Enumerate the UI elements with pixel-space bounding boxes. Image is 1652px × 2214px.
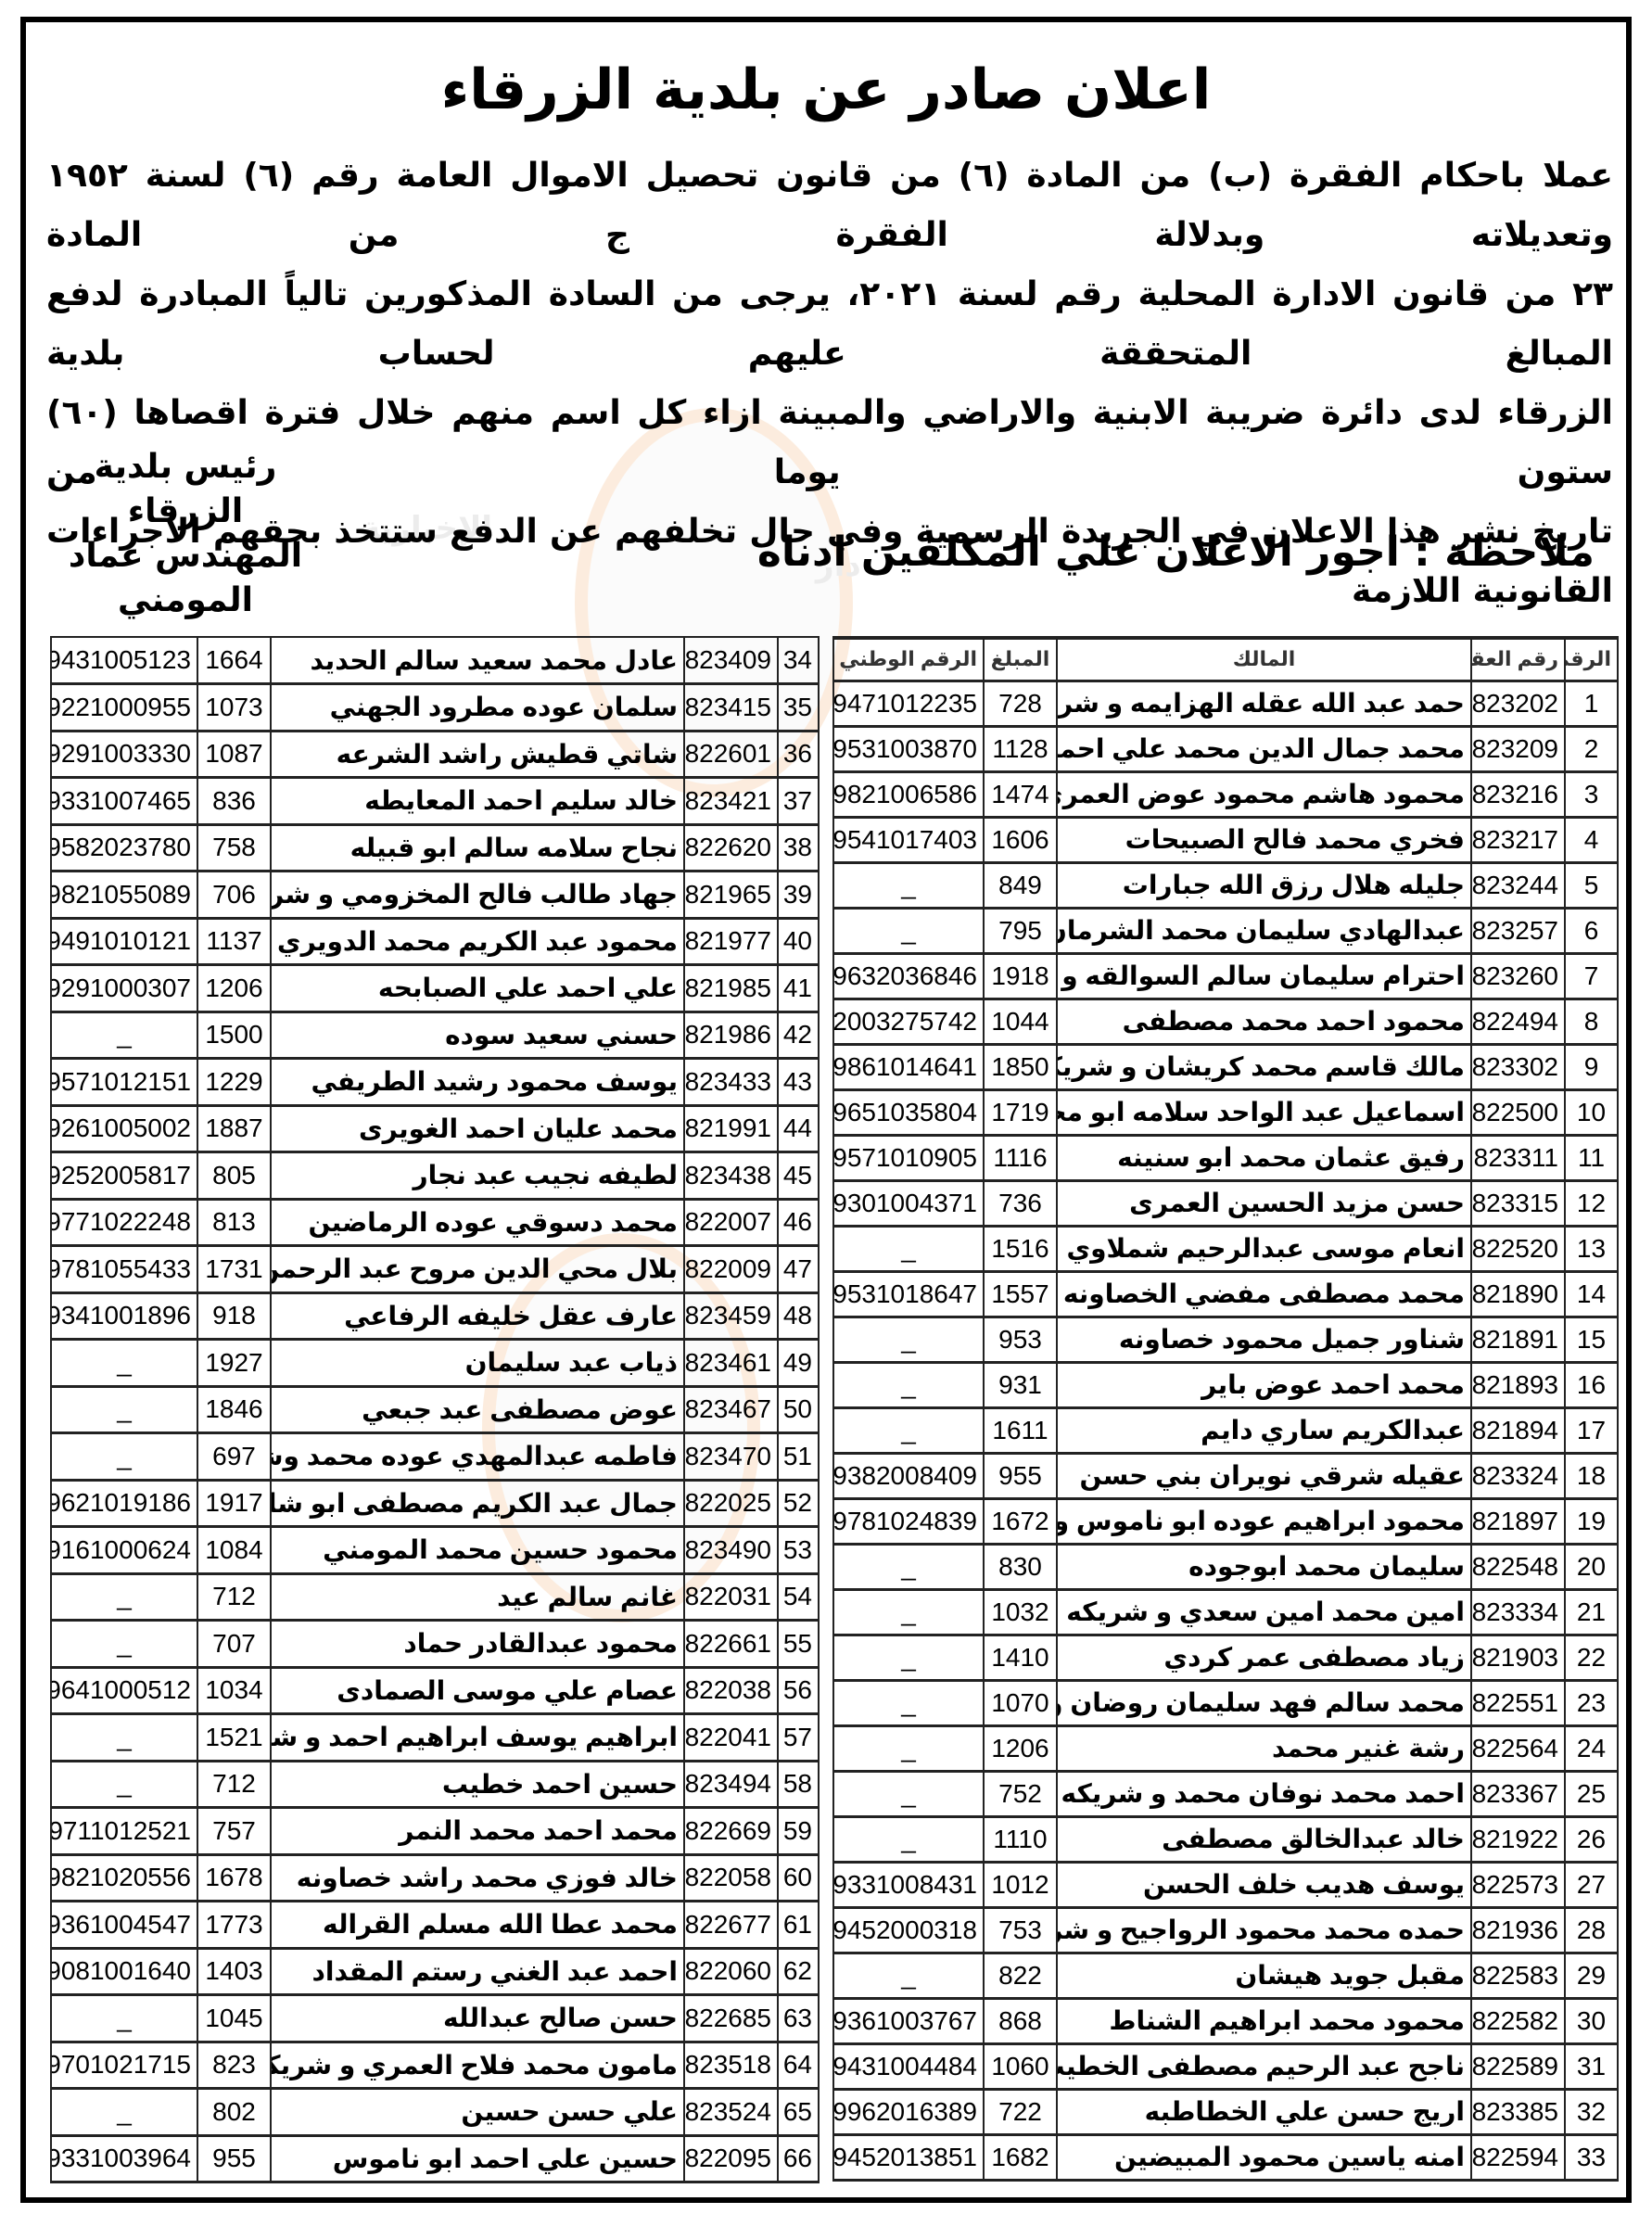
owner-name: فاطمه عبدالمهدي عوده محمد وشركاه — [271, 1433, 684, 1481]
table-row: 5823244جليله هلال رزق الله جبارات849_ — [833, 862, 1618, 908]
national-id: 9431005123 — [51, 637, 197, 684]
table-row: 64823518مامون محمد فلاح العمري و شريكه82… — [51, 2042, 819, 2089]
national-id: _ — [51, 1012, 197, 1059]
table-row: 2823209محمد جمال الدين محمد علي احمد الك… — [833, 726, 1618, 771]
amount: 1682 — [984, 2134, 1057, 2180]
amount: 712 — [197, 1761, 271, 1808]
row-number: 47 — [778, 1246, 819, 1293]
table-row: 57822041ابراهيم يوسف ابراهيم احمد و شركا… — [51, 1714, 819, 1762]
national-id: 9771022248 — [51, 1199, 197, 1246]
owner-name: حمده محمد محمود الرواجيح و شركاه — [1057, 1907, 1471, 1953]
row-number: 31 — [1565, 2043, 1618, 2089]
property-number: 822060 — [684, 1948, 778, 1995]
property-number: 823518 — [684, 2042, 778, 2089]
table-row: 47822009بلال محي الدين مروح عبد الرحمن17… — [51, 1246, 819, 1293]
property-number: 821894 — [1471, 1407, 1565, 1453]
amount: 1410 — [984, 1635, 1057, 1680]
national-id: 9382008409 — [833, 1453, 984, 1498]
table-row: 54822031غانم سالم عيد712_ — [51, 1573, 819, 1621]
property-number: 822031 — [684, 1573, 778, 1621]
amount: 1678 — [197, 1854, 271, 1902]
property-number: 821965 — [684, 872, 778, 919]
amount: 706 — [197, 872, 271, 919]
row-number: 35 — [778, 684, 819, 732]
table-row: 46822007محمد دسوقي عوده الرماضين81397710… — [51, 1199, 819, 1246]
owner-name: خالد فوزي محمد راشد خصاونه — [271, 1854, 684, 1902]
table-row: 50823467عوض مصطفى عبد جبعي1846_ — [51, 1386, 819, 1433]
national-id: 9861014641 — [833, 1044, 984, 1089]
owner-name: مالك قاسم محمد كريشان و شريكته — [1057, 1044, 1471, 1089]
amount: 1611 — [984, 1407, 1057, 1453]
national-id: 2003275742 — [833, 999, 984, 1044]
row-number: 36 — [778, 731, 819, 778]
national-id: 9331007465 — [51, 778, 197, 825]
national-id: 9531018647 — [833, 1271, 984, 1317]
header-property: رقم العقار — [1471, 638, 1565, 681]
property-number: 823467 — [684, 1386, 778, 1433]
owner-name: محمد عطا الله مسلم القراله — [271, 1902, 684, 1949]
amount: 753 — [984, 1907, 1057, 1953]
row-number: 22 — [1565, 1635, 1618, 1680]
property-number: 822009 — [684, 1246, 778, 1293]
table-row: 12823315حسن مزيد الحسين العمرى7369301004… — [833, 1180, 1618, 1226]
row-number: 62 — [778, 1948, 819, 1995]
amount: 1060 — [984, 2043, 1057, 2089]
national-id: 9361004547 — [51, 1902, 197, 1949]
amount: 707 — [197, 1621, 271, 1668]
property-number: 821986 — [684, 1012, 778, 1059]
national-id: 9821055089 — [51, 872, 197, 919]
row-number: 50 — [778, 1386, 819, 1433]
owner-name: مامون محمد فلاح العمري و شريكه — [271, 2042, 684, 2089]
amount: 1087 — [197, 731, 271, 778]
owner-name: احمد عبد الغني رستم المقداد — [271, 1948, 684, 1995]
row-number: 9 — [1565, 1044, 1618, 1089]
owner-name: حمد عبد الله عقله الهزايمه و شريكه — [1057, 681, 1471, 726]
national-id: 9161000624 — [51, 1527, 197, 1574]
table-row: 56822038عصام علي موسى الصمادى10349641000… — [51, 1667, 819, 1714]
owner-name: احمد محمد نوفان محمد و شريكه — [1057, 1771, 1471, 1816]
property-number: 822582 — [1471, 1998, 1565, 2043]
national-id: 9301004371 — [833, 1180, 984, 1226]
owner-name: زياد مصطفى عمر كردي — [1057, 1635, 1471, 1680]
property-number: 823409 — [684, 637, 778, 684]
national-id: 9252005817 — [51, 1152, 197, 1200]
table-row: 3823216محمود هاشم محمود عوض العمري147498… — [833, 771, 1618, 817]
owner-name: محمود هاشم محمود عوض العمري — [1057, 771, 1471, 817]
property-number: 822095 — [684, 2135, 778, 2182]
owner-name: محمد مصطفى مفضي الخصاونه — [1057, 1271, 1471, 1317]
header-num: الرقم — [1565, 638, 1618, 681]
amount: 823 — [197, 2042, 271, 2089]
amount: 1206 — [197, 965, 271, 1012]
table-row: 33822594امنه ياسين محمود المبيضين1682945… — [833, 2134, 1618, 2180]
property-number: 823459 — [684, 1292, 778, 1340]
amount: 1521 — [197, 1714, 271, 1762]
owner-name: عادل محمد سعيد سالم الحديد — [271, 637, 684, 684]
property-number: 822661 — [684, 1621, 778, 1668]
row-number: 45 — [778, 1152, 819, 1200]
property-number: 823311 — [1471, 1135, 1565, 1180]
owner-name: محمد دسوقي عوده الرماضين — [271, 1199, 684, 1246]
national-id: 9641000512 — [51, 1667, 197, 1714]
property-number: 821897 — [1471, 1498, 1565, 1544]
owner-name: حسن صالح عبدالله — [271, 1995, 684, 2042]
table-row: 43823433يوسف محمود رشيد الطريفي122995710… — [51, 1059, 819, 1106]
national-id: _ — [833, 1544, 984, 1589]
property-number: 821977 — [684, 918, 778, 965]
amount: 918 — [197, 1292, 271, 1340]
owner-name: عبدالهادي سليمان محمد الشرمان — [1057, 908, 1471, 953]
row-number: 64 — [778, 2042, 819, 2089]
amount: 728 — [984, 681, 1057, 726]
amount: 1044 — [984, 999, 1057, 1044]
national-id: 9491010121 — [51, 918, 197, 965]
national-id: 9452000318 — [833, 1907, 984, 1953]
notice-line: ٢٣ من قانون الادارة المحلية رقم لسنة ٢٠٢… — [46, 265, 1613, 384]
owner-name: رفيق عثمان محمد ابو سنينه — [1057, 1135, 1471, 1180]
property-number: 822677 — [684, 1902, 778, 1949]
row-number: 53 — [778, 1527, 819, 1574]
national-id: 9221000955 — [51, 684, 197, 732]
table-row: 36822601شاتي قطيش راشد الشرعه10879291003… — [51, 731, 819, 778]
amount: 736 — [984, 1180, 1057, 1226]
table-row: 6823257عبدالهادي سليمان محمد الشرمان795_ — [833, 908, 1618, 953]
table-row: 14821890محمد مصطفى مفضي الخصاونه15579531… — [833, 1271, 1618, 1317]
owner-name: مقبل جويد هيشان — [1057, 1953, 1471, 1998]
amount: 1045 — [197, 1995, 271, 2042]
row-number: 60 — [778, 1854, 819, 1902]
table-row: 39821965جهاد طالب فالح المخزومي و شركاه7… — [51, 872, 819, 919]
row-number: 30 — [1565, 1998, 1618, 2043]
amount: 722 — [984, 2089, 1057, 2134]
property-number: 821891 — [1471, 1317, 1565, 1362]
amount: 1474 — [984, 771, 1057, 817]
property-number: 823461 — [684, 1340, 778, 1387]
property-number: 822573 — [1471, 1862, 1565, 1907]
owner-name: شناور جميل محمود خصاونه — [1057, 1317, 1471, 1362]
owner-name: امين محمد امين سعدي و شريكه — [1057, 1589, 1471, 1635]
amount: 1403 — [197, 1948, 271, 1995]
owners-table-right: الرقم رقم العقار المالك المبلغ الرقم الو… — [832, 636, 1619, 2182]
property-number: 823302 — [1471, 1044, 1565, 1089]
property-number: 823385 — [1471, 2089, 1565, 2134]
row-number: 33 — [1565, 2134, 1618, 2180]
property-number: 821936 — [1471, 1907, 1565, 1953]
amount: 1206 — [984, 1725, 1057, 1771]
table-row: 63822685حسن صالح عبدالله1045_ — [51, 1995, 819, 2042]
property-number: 823433 — [684, 1059, 778, 1106]
table-row: 58823494حسين احمد خطيب712_ — [51, 1761, 819, 1808]
national-id: 9331003964 — [51, 2135, 197, 2182]
national-id: 9711012521 — [51, 1808, 197, 1855]
table-row: 51823470فاطمه عبدالمهدي عوده محمد وشركاه… — [51, 1433, 819, 1481]
national-id: _ — [833, 1589, 984, 1635]
property-number: 823490 — [684, 1527, 778, 1574]
table-row: 62822060احمد عبد الغني رستم المقداد14039… — [51, 1948, 819, 1995]
property-number: 823216 — [1471, 771, 1565, 817]
row-number: 10 — [1565, 1089, 1618, 1135]
owner-name: حسن مزيد الحسين العمرى — [1057, 1180, 1471, 1226]
owner-name: محمود احمد محمد مصطفى — [1057, 999, 1471, 1044]
national-id: _ — [833, 1771, 984, 1816]
table-row: 17821894عبدالكريم ساري دايم1611_ — [833, 1407, 1618, 1453]
owner-name: محمد احمد محمد النمر — [271, 1808, 684, 1855]
row-number: 55 — [778, 1621, 819, 1668]
table-row: 53823490محمود حسين محمد المومني108491610… — [51, 1527, 819, 1574]
national-id: 9632036846 — [833, 953, 984, 999]
table-row: 60822058خالد فوزي محمد راشد خصاونه167898… — [51, 1854, 819, 1902]
row-number: 28 — [1565, 1907, 1618, 1953]
national-id: 9431004484 — [833, 2043, 984, 2089]
row-number: 7 — [1565, 953, 1618, 999]
national-id: 9962016389 — [833, 2089, 984, 2134]
owner-name: شاتي قطيش راشد الشرعه — [271, 731, 684, 778]
header-amount: المبلغ — [984, 638, 1057, 681]
row-number: 66 — [778, 2135, 819, 2182]
notice-line: عملا باحكام الفقرة (ب) من المادة (٦) من … — [46, 146, 1613, 265]
row-number: 20 — [1565, 1544, 1618, 1589]
amount: 758 — [197, 824, 271, 872]
table-row: 29822583مقبل جويد هيشان822_ — [833, 1953, 1618, 1998]
owner-name: خالد عبدالخالق مصطفى — [1057, 1816, 1471, 1862]
national-id: _ — [51, 1340, 197, 1387]
national-id: 9571010905 — [833, 1135, 984, 1180]
amount: 1084 — [197, 1527, 271, 1574]
amount: 830 — [984, 1544, 1057, 1589]
national-id: 9291000307 — [51, 965, 197, 1012]
national-id: _ — [51, 1714, 197, 1762]
national-id: _ — [51, 2089, 197, 2136]
table-row: 59822669محمد احمد محمد النمر757971101252… — [51, 1808, 819, 1855]
row-number: 13 — [1565, 1226, 1618, 1271]
row-number: 32 — [1565, 2089, 1618, 2134]
national-id: 9081001640 — [51, 1948, 197, 1995]
national-id: 9621019186 — [51, 1480, 197, 1527]
amount: 1073 — [197, 684, 271, 732]
property-number: 823494 — [684, 1761, 778, 1808]
table-row: 65823524علي حسن حسين802_ — [51, 2089, 819, 2136]
owner-name: فخري محمد فالح الصبيحات — [1057, 817, 1471, 862]
owner-name: امنه ياسين محمود المبيضين — [1057, 2134, 1471, 2180]
row-number: 39 — [778, 872, 819, 919]
national-id: 9701021715 — [51, 2042, 197, 2089]
property-number: 823470 — [684, 1433, 778, 1481]
property-number: 823367 — [1471, 1771, 1565, 1816]
row-number: 15 — [1565, 1317, 1618, 1362]
national-id: _ — [833, 1226, 984, 1271]
row-number: 6 — [1565, 908, 1618, 953]
row-number: 43 — [778, 1059, 819, 1106]
amount: 955 — [197, 2135, 271, 2182]
amount: 1516 — [984, 1226, 1057, 1271]
national-id: _ — [833, 1407, 984, 1453]
row-number: 51 — [778, 1433, 819, 1481]
row-number: 41 — [778, 965, 819, 1012]
amount: 697 — [197, 1433, 271, 1481]
table-row: 44821991محمد عليان احمد الغويرى188792610… — [51, 1105, 819, 1152]
property-number: 823217 — [1471, 817, 1565, 862]
national-id: 9821006586 — [833, 771, 984, 817]
amount: 1012 — [984, 1862, 1057, 1907]
row-number: 57 — [778, 1714, 819, 1762]
owner-name: جهاد طالب فالح المخزومي و شركاه — [271, 872, 684, 919]
row-number: 37 — [778, 778, 819, 825]
national-id: 9531003870 — [833, 726, 984, 771]
property-number: 822007 — [684, 1199, 778, 1246]
table-row: 32823385اريج حسن علي الخطاطبه72299620163… — [833, 2089, 1618, 2134]
row-number: 49 — [778, 1340, 819, 1387]
table-row: 30822582محمود محمد ابراهيم الشناط8689361… — [833, 1998, 1618, 2043]
property-number: 823334 — [1471, 1589, 1565, 1635]
table-row: 21823334امين محمد امين سعدي و شريكه1032_ — [833, 1589, 1618, 1635]
row-number: 34 — [778, 637, 819, 684]
row-number: 16 — [1565, 1362, 1618, 1407]
property-number: 821985 — [684, 965, 778, 1012]
owner-name: جليله هلال رزق الله جبارات — [1057, 862, 1471, 908]
owner-name: محمد سالم فهد سليمان روضان و شركاه — [1057, 1680, 1471, 1725]
amount: 1034 — [197, 1667, 271, 1714]
owner-name: احترام سليمان سالم السوالقه و شريكها — [1057, 953, 1471, 999]
owner-name: اريج حسن علي الخطاطبه — [1057, 2089, 1471, 2134]
owner-name: عارف عقل خليفه الرفاعي — [271, 1292, 684, 1340]
amount: 1887 — [197, 1105, 271, 1152]
table-row: 16821893محمد احمد عوض باير931_ — [833, 1362, 1618, 1407]
amount: 802 — [197, 2089, 271, 2136]
property-number: 822520 — [1471, 1226, 1565, 1271]
amount: 1731 — [197, 1246, 271, 1293]
national-id: 9471012235 — [833, 681, 984, 726]
owner-name: يوسف هديب خلف الحسن — [1057, 1862, 1471, 1907]
table-row: 55822661محمود عبدالقادر حماد707_ — [51, 1621, 819, 1668]
signature-name: المهندس عماد المومني — [56, 534, 315, 623]
amount: 1032 — [984, 1589, 1057, 1635]
table-row: 15821891شناور جميل محمود خصاونه953_ — [833, 1317, 1618, 1362]
amount: 1846 — [197, 1386, 271, 1433]
property-number: 822620 — [684, 824, 778, 872]
national-id: 9452013851 — [833, 2134, 984, 2180]
table-row: 23822551محمد سالم فهد سليمان روضان و شرك… — [833, 1680, 1618, 1725]
property-number: 823524 — [684, 2089, 778, 2136]
property-number: 823260 — [1471, 953, 1565, 999]
row-number: 52 — [778, 1480, 819, 1527]
amount: 868 — [984, 1998, 1057, 2043]
row-number: 63 — [778, 1995, 819, 2042]
amount: 752 — [984, 1771, 1057, 1816]
owner-name: محمود محمد ابراهيم الشناط — [1057, 1998, 1471, 2043]
table-row: 42821986حسني سعيد سوده1500_ — [51, 1012, 819, 1059]
national-id: 9821020556 — [51, 1854, 197, 1902]
row-number: 19 — [1565, 1498, 1618, 1544]
table-row: 45823438لطيفه نجيب عبد نجار8059252005817 — [51, 1152, 819, 1200]
property-number: 821922 — [1471, 1816, 1565, 1862]
owner-name: جمال عبد الكريم مصطفى ابو شاويش — [271, 1480, 684, 1527]
row-number: 26 — [1565, 1816, 1618, 1862]
owner-name: خالد سليم احمد المعايطه — [271, 778, 684, 825]
property-number: 821890 — [1471, 1271, 1565, 1317]
amount: 955 — [984, 1453, 1057, 1498]
owner-name: علي حسن حسين — [271, 2089, 684, 2136]
table-row: 66822095حسين علي احمد ابو ناموس955933100… — [51, 2135, 819, 2182]
amount: 1229 — [197, 1059, 271, 1106]
property-number: 823324 — [1471, 1453, 1565, 1498]
table-row: 37823421خالد سليم احمد المعايطه836933100… — [51, 778, 819, 825]
national-id: _ — [833, 1317, 984, 1362]
owner-name: انعام موسى عبدالرحيم شملاوي و شركاها — [1057, 1226, 1471, 1271]
row-number: 46 — [778, 1199, 819, 1246]
row-number: 42 — [778, 1012, 819, 1059]
national-id: 9291003330 — [51, 731, 197, 778]
row-number: 38 — [778, 824, 819, 872]
national-id: 9341001896 — [51, 1292, 197, 1340]
property-number: 822564 — [1471, 1725, 1565, 1771]
row-number: 12 — [1565, 1180, 1618, 1226]
owner-name: اسماعيل عبد الواحد سلامه ابو محفوظ و شري… — [1057, 1089, 1471, 1135]
table-row: 25823367احمد محمد نوفان محمد و شريكه752_ — [833, 1771, 1618, 1816]
table-row: 52822025جمال عبد الكريم مصطفى ابو شاويش1… — [51, 1480, 819, 1527]
amount: 836 — [197, 778, 271, 825]
row-number: 18 — [1565, 1453, 1618, 1498]
fees-note: ملاحظة : اجور الاعلان علي المكلفين ادناه — [757, 528, 1595, 576]
table-row: 48823459عارف عقل خليفه الرفاعي9189341001… — [51, 1292, 819, 1340]
row-number: 58 — [778, 1761, 819, 1808]
owner-name: محمود حسين محمد المومني — [271, 1527, 684, 1574]
national-id: 9541017403 — [833, 817, 984, 862]
national-id: _ — [833, 1362, 984, 1407]
row-number: 21 — [1565, 1589, 1618, 1635]
row-number: 23 — [1565, 1680, 1618, 1725]
amount: 1850 — [984, 1044, 1057, 1089]
property-number: 823315 — [1471, 1180, 1565, 1226]
table-row: 18823324عقيله شرقي نويران بني حسن9559382… — [833, 1453, 1618, 1498]
national-id: 9651035804 — [833, 1089, 984, 1135]
amount: 1110 — [984, 1816, 1057, 1862]
table-row: 28821936حمده محمد محمود الرواجيح و شركاه… — [833, 1907, 1618, 1953]
national-id: 9781024839 — [833, 1498, 984, 1544]
owner-name: علي احمد علي الصبابحه — [271, 965, 684, 1012]
table-row: 7823260احترام سليمان سالم السوالقه و شري… — [833, 953, 1618, 999]
national-id: 9571012151 — [51, 1059, 197, 1106]
row-number: 24 — [1565, 1725, 1618, 1771]
property-number: 821903 — [1471, 1635, 1565, 1680]
row-number: 5 — [1565, 862, 1618, 908]
table-row: 61822677محمد عطا الله مسلم القراله177393… — [51, 1902, 819, 1949]
property-number: 822685 — [684, 1995, 778, 2042]
national-id: _ — [51, 1621, 197, 1668]
row-number: 11 — [1565, 1135, 1618, 1180]
property-number: 822025 — [684, 1480, 778, 1527]
amount: 1128 — [984, 726, 1057, 771]
row-number: 17 — [1565, 1407, 1618, 1453]
amount: 1918 — [984, 953, 1057, 999]
table-row: 31822589ناجح عبد الرحيم مصطفى الخطيب1060… — [833, 2043, 1618, 2089]
table-row: 34823409عادل محمد سعيد سالم الحديد166494… — [51, 637, 819, 684]
table-row: 4823217فخري محمد فالح الصبيحات1606954101… — [833, 817, 1618, 862]
row-number: 56 — [778, 1667, 819, 1714]
national-id: _ — [51, 1433, 197, 1481]
property-number: 823438 — [684, 1152, 778, 1200]
owner-name: محمود عبدالقادر حماد — [271, 1621, 684, 1668]
row-number: 48 — [778, 1292, 819, 1340]
signature-title: رئيس بلدية الزرقاء — [56, 445, 315, 534]
owner-name: محمد جمال الدين محمد علي احمد الكاساني و… — [1057, 726, 1471, 771]
property-number: 823257 — [1471, 908, 1565, 953]
table-row: 24822564رشة غنير محمد1206_ — [833, 1725, 1618, 1771]
amount: 1500 — [197, 1012, 271, 1059]
owner-name: عقيله شرقي نويران بني حسن — [1057, 1453, 1471, 1498]
amount: 849 — [984, 862, 1057, 908]
amount: 712 — [197, 1573, 271, 1621]
